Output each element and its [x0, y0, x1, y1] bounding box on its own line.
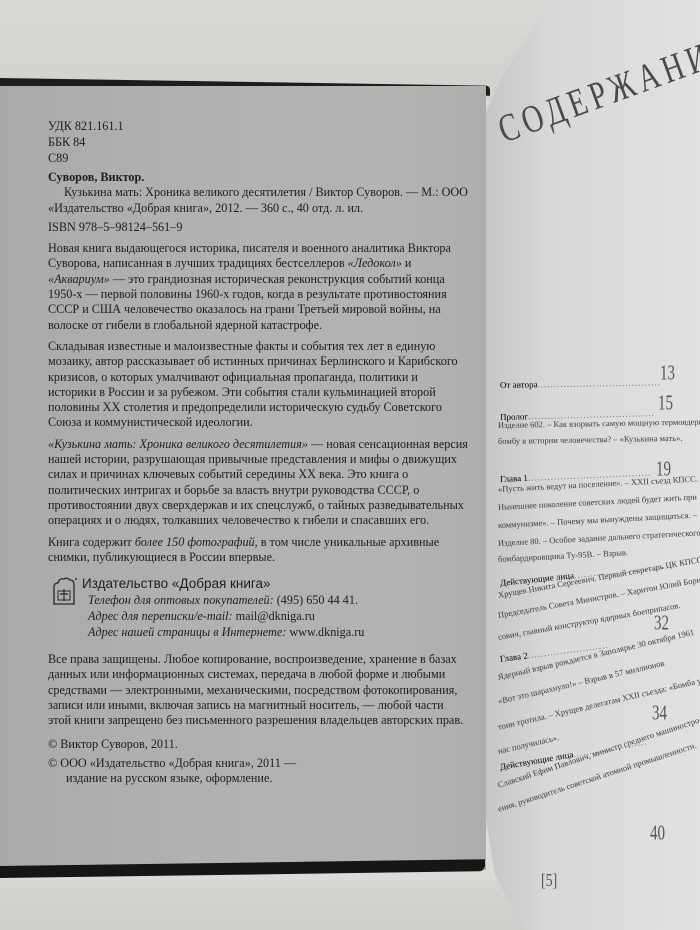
publisher-email: Адрес для переписки/e-mail: mail@dkniga.… — [88, 608, 468, 624]
isbn: ISBN 978–5–98124–561–9 — [48, 220, 468, 235]
bbk-code: ББК 84 — [48, 134, 468, 150]
page-number: [5] — [541, 872, 557, 893]
annotation-paragraph-2: Складывая известные и малоизвестные факт… — [48, 339, 468, 431]
phone-number: (495) 650 44 41. — [277, 593, 358, 607]
publisher-name: Издательство «Добрая книга» — [82, 575, 468, 592]
toc-page-number: 13 — [660, 363, 675, 387]
publisher-phone: Телефон для оптовых покупателей: (495) 6… — [88, 592, 468, 608]
publisher-block: Издательство «Добрая книга» Телефон для … — [48, 575, 468, 640]
title-icebreaker: «Ледокол» — [348, 256, 402, 270]
website-url: www.dkniga.ru — [289, 625, 364, 639]
annotation-paragraph-4: Книга содержит более 150 фотографий, в т… — [48, 535, 468, 566]
toc-entry-label: От автора — [500, 379, 538, 390]
bibliographic-description: Кузькина мать: Хроника великого десятиле… — [48, 185, 468, 216]
rights-notice: Все права защищены. Любое копирование, в… — [48, 652, 468, 728]
email-label: Адрес для переписки/e-mail: — [88, 609, 233, 623]
photo-count: более 150 фотографий — [135, 535, 255, 549]
publisher-website: Адрес нашей страницы в Интернете: www.dk… — [88, 624, 468, 640]
udc-code: УДК 821.161.1 — [48, 118, 468, 134]
text: Книга содержит — [48, 535, 135, 549]
classification-codes: УДК 821.161.1 ББК 84 С89 — [48, 118, 468, 166]
author-heading: Суворов, Виктор. — [48, 170, 468, 185]
copyright-line-cont: издание на русском языке, оформление. — [48, 771, 468, 786]
toc-page-number: 15 — [658, 393, 673, 417]
book-title-italic: «Кузькина мать: Хроника великого десятил… — [48, 437, 308, 451]
web-label: Адрес нашей страницы в Интернете: — [88, 625, 286, 639]
copyright-publisher: © ООО «Издательство «Добрая книга», 2011… — [48, 756, 468, 787]
imprint-page: УДК 821.161.1 ББК 84 С89 Суворов, Виктор… — [0, 86, 486, 870]
church-logo-icon — [52, 577, 78, 605]
toc-page-number: 34 — [652, 703, 667, 727]
annotation-paragraph-1: Новая книга выдающегося историка, писате… — [48, 241, 468, 333]
copyright-line: © ООО «Издательство «Добрая книга», 2011… — [48, 756, 296, 770]
email-address: mail@dkniga.ru — [236, 609, 315, 623]
title-aquarium: «Аквариум» — [48, 272, 110, 286]
toc-page-number: 40 — [650, 823, 665, 847]
author-mark: С89 — [48, 150, 468, 166]
annotation-paragraph-3: «Кузькина мать: Хроника великого десятил… — [48, 437, 468, 529]
copyright-author: © Виктор Суворов, 2011. — [48, 737, 468, 752]
phone-label: Телефон для оптовых покупателей: — [88, 593, 274, 607]
text: и — [402, 256, 412, 270]
